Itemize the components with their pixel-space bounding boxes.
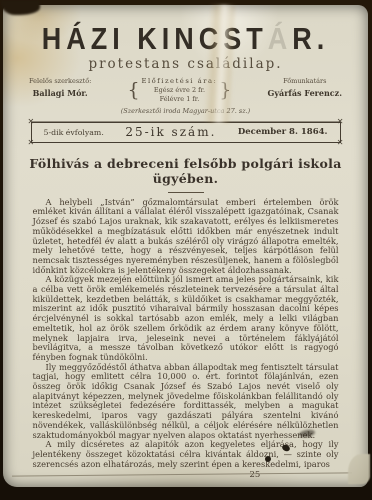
brace-left: { <box>127 79 139 101</box>
issue-number: 25-ik szám. <box>125 125 216 139</box>
editor-label: Felelős szerkesztő: <box>29 77 91 87</box>
page-corner-flap <box>348 454 370 484</box>
article-paragraph: A közügyek mezején előttünk jól ismert a… <box>33 275 339 362</box>
collaborator-label: Főmunkatárs <box>268 77 342 87</box>
corner-ornament-icon: ✕ <box>337 139 344 147</box>
corner-ornament-icon: ✕ <box>28 118 35 126</box>
article-paragraph: A helybeli „István” gőzmalomtársulat emb… <box>33 198 339 276</box>
volume-label: 5-dik évfolyam. <box>44 128 104 137</box>
title-text-right: R. <box>292 22 329 56</box>
ink-blot <box>265 456 271 462</box>
issue-bar: ✕ ✕ ✕ ✕ 5-dik évfolyam. 25-ik szám. Dece… <box>31 122 341 143</box>
office-address-note: (Szerkesztői iroda Magyar-utca 27. sz.) <box>3 107 368 115</box>
editor-block: Felelős szerkesztő: Ballagi Mór. <box>29 77 91 99</box>
publication-title: HÁZI KINCSTÁR. <box>3 22 368 57</box>
article-paragraph: Ily meggyőződéstől áthatva abban állapod… <box>33 363 339 441</box>
publication-subtitle: protestans családilap. <box>3 56 368 72</box>
issue-date: December 8. 1864. <box>238 127 328 137</box>
article-title: Fölhivás a debreceni felsőbb polgári isk… <box>3 156 368 186</box>
corner-ornament-icon: ✕ <box>337 118 344 126</box>
masthead-info-row: Felelős szerkesztő: Ballagi Mór. { Előfi… <box>29 77 342 104</box>
corner-ornament-icon: ✕ <box>28 139 35 147</box>
title-divider <box>168 192 204 193</box>
editor-name: Ballagi Mór. <box>29 87 91 99</box>
article-body: A helybeli „István” gőzmalomtársulat emb… <box>33 198 339 470</box>
masthead: HÁZI KINCSTÁR. protestans családilap. Fe… <box>3 5 368 115</box>
title-faded-letter: Á <box>268 22 293 56</box>
collaborator-block: Főmunkatárs Gyárfás Ferencz. <box>268 77 342 99</box>
collaborator-name: Gyárfás Ferencz. <box>268 87 342 99</box>
paper-sheet: HÁZI KINCSTÁR. protestans családilap. Fe… <box>3 5 368 487</box>
scanned-page: HÁZI KINCSTÁR. protestans családilap. Fe… <box>0 0 372 500</box>
article-paragraph: A mily dicséretes az alapitók azon kegye… <box>33 440 339 469</box>
